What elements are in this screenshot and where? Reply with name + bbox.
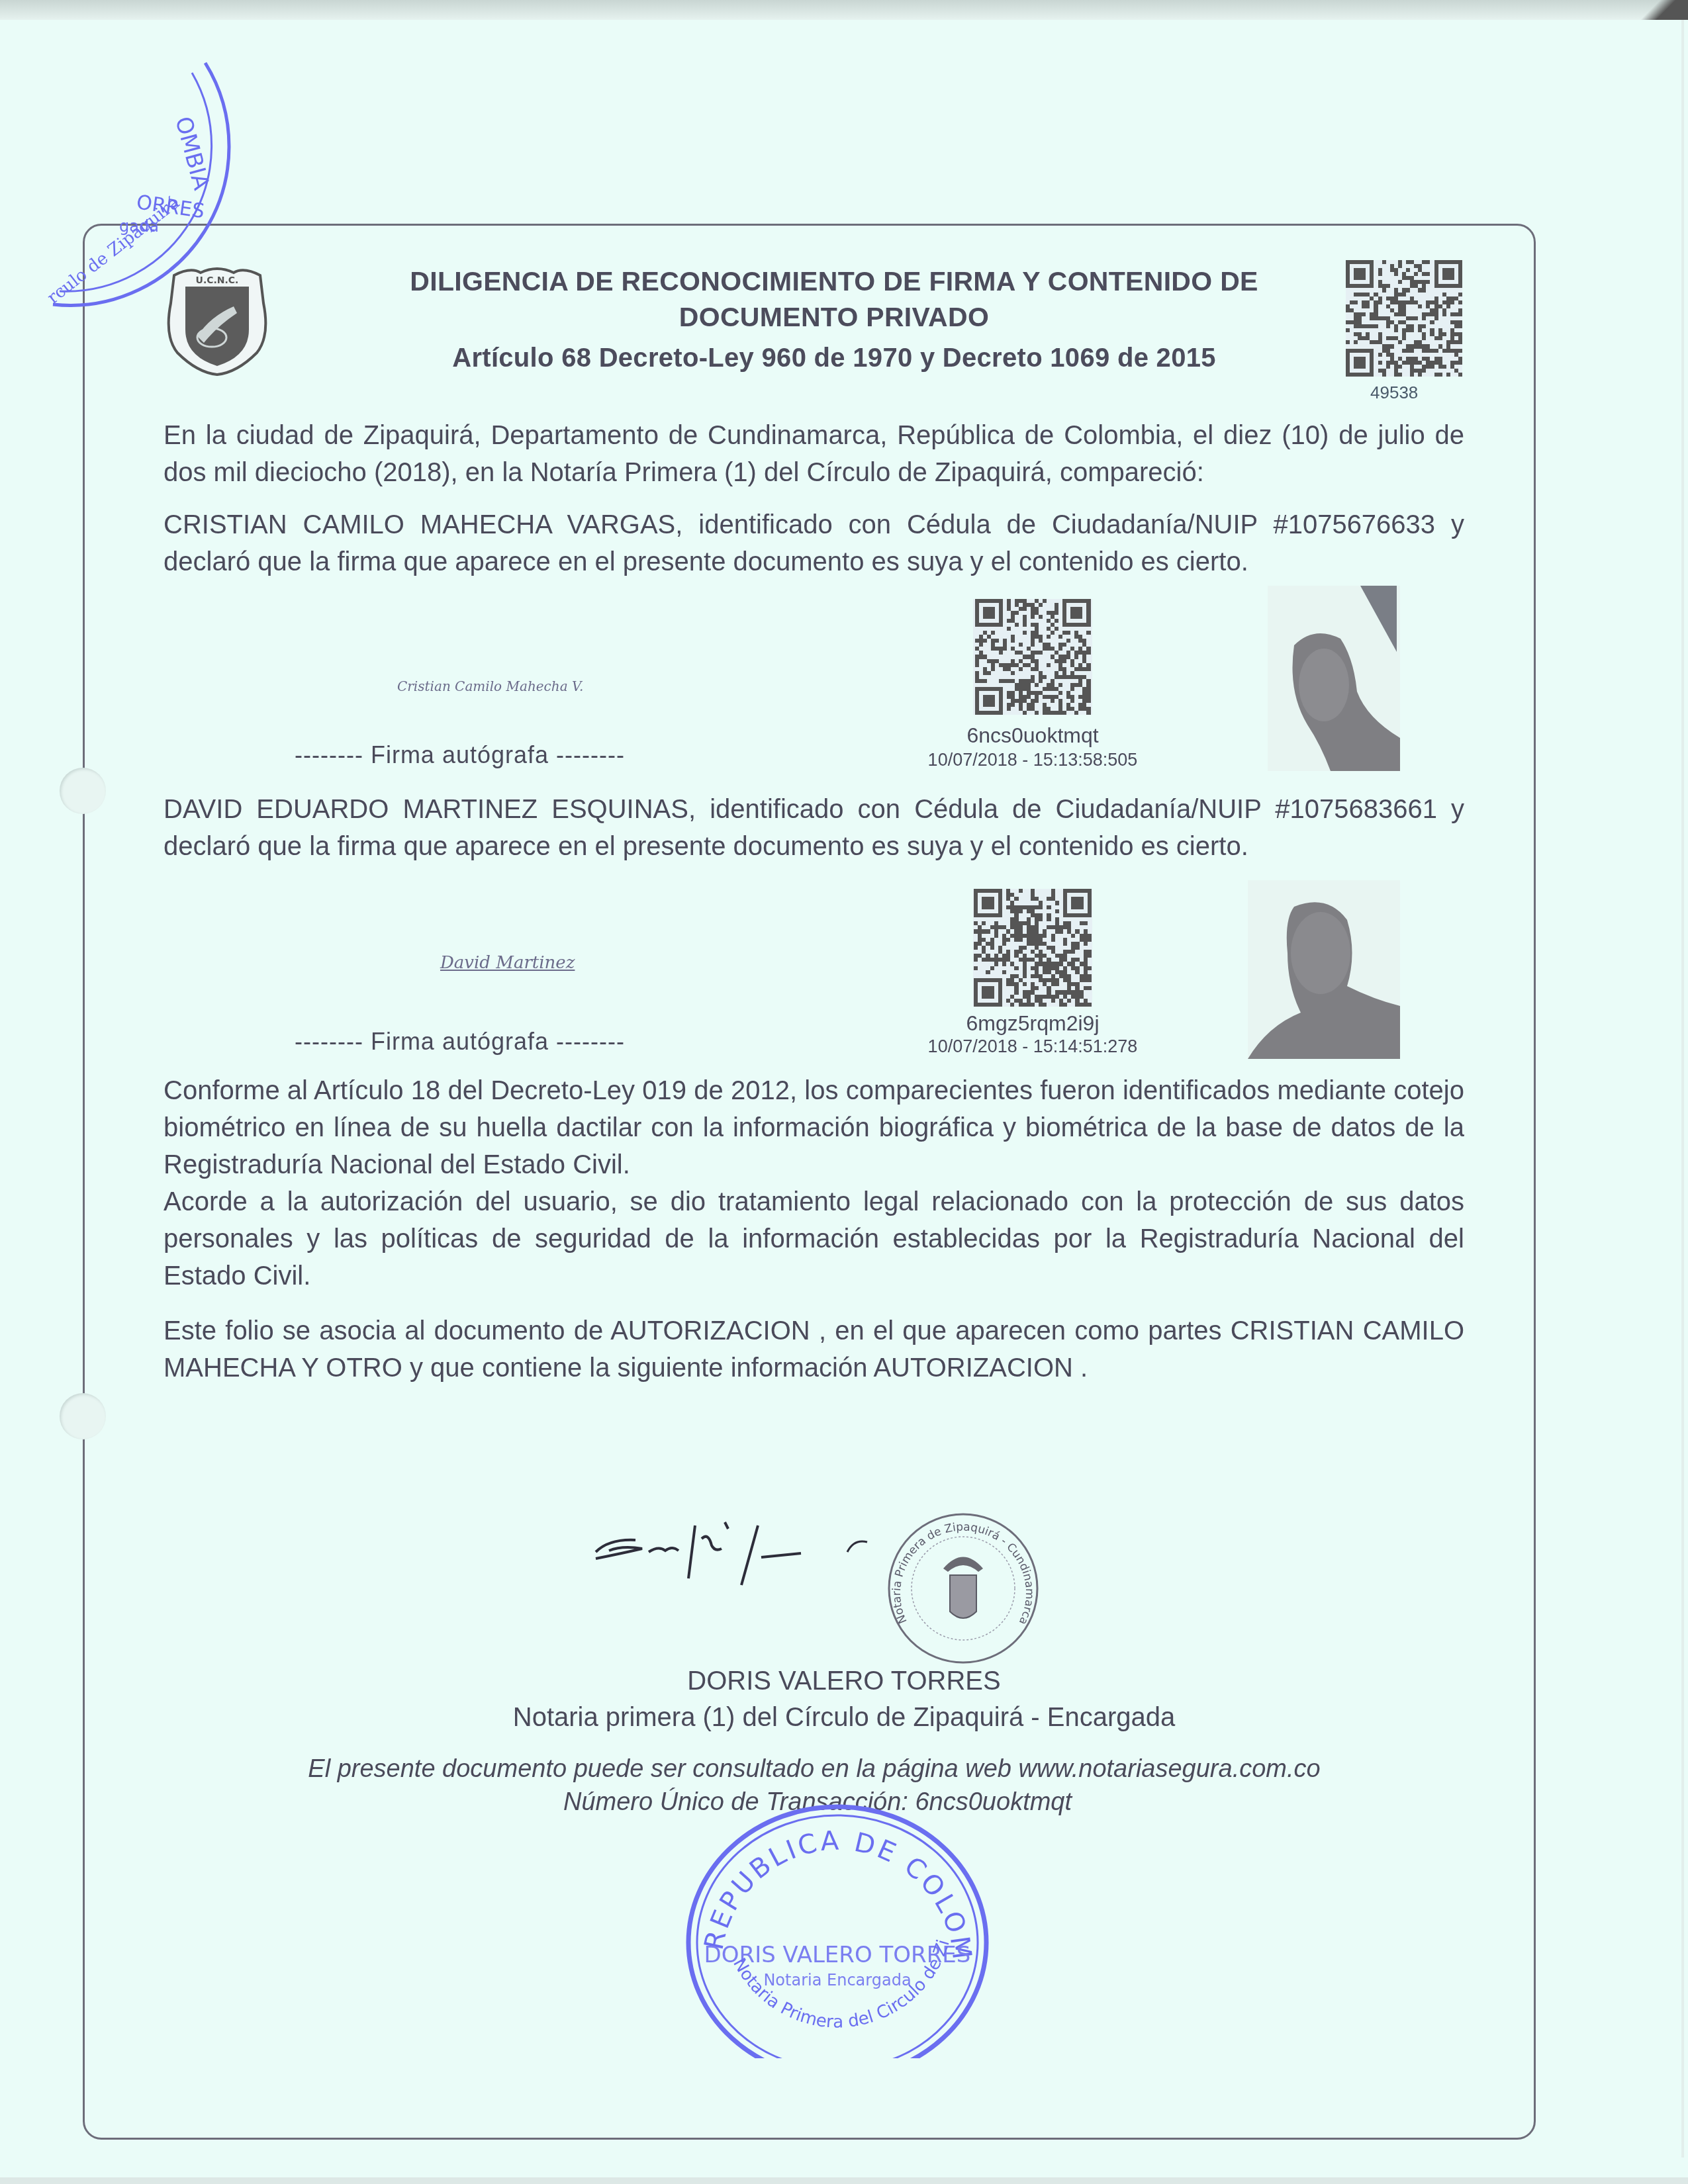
signatory-1-signature: Cristian Camilo Mahecha V. [397,678,583,694]
qr-code-icon [973,889,1092,1007]
notary-union-shield-logo: U.C.N.C. [164,263,270,376]
scan-edge-bottom [0,2177,1688,2184]
qr-code-icon [1346,260,1462,377]
notary-signature [583,1512,874,1592]
signatory-1-timestamp: 10/07/2018 - 15:13:58:505 [900,750,1165,770]
punch-hole [60,768,106,814]
legal-reference: Artículo 68 Decreto-Ley 960 de 1970 y De… [371,340,1297,376]
signatory-2-timestamp: 10/07/2018 - 15:14:51:278 [900,1036,1165,1057]
signatory-1-statement: CRISTIAN CAMILO MAHECHA VARGAS, identifi… [164,506,1464,580]
scan-corner [1628,0,1688,20]
svg-text:Notaria Encargada: Notaria Encargada [763,1971,911,1989]
notary-dry-seal-icon: Notaria Primera de Zipaquirá - Cundinama… [880,1506,1046,1671]
title-line-1: DILIGENCIA DE RECONOCIMIENTO DE FIRMA Y … [371,263,1297,299]
qr-code-icon [973,599,1092,715]
biometric-paragraph: Conforme al Artículo 18 del Decreto-Ley … [164,1072,1464,1295]
signatory-1-firma-label: -------- Firma autógrafa -------- [295,741,625,769]
signatory-2-firma-label: -------- Firma autógrafa -------- [295,1028,625,1056]
intro-paragraph: En la ciudad de Zipaquirá, Departamento … [164,417,1464,491]
notary-role: Notaria primera (1) del Círculo de Zipaq… [0,1703,1688,1733]
svg-text:rculo de Zipaquirá: rculo de Zipaquirá [44,193,183,308]
biometric-text: Conforme al Artículo 18 del Decreto-Ley … [164,1072,1464,1183]
signatory-2-signature: David Martinez [440,953,575,973]
svg-text:REPUBLICA DE COLOMBIA: REPUBLICA DE COLOMBIA [675,1800,978,1964]
signatory-2-statement: DAVID EDUARDO MARTINEZ ESQUINAS, identif… [164,791,1464,865]
notary-ink-stamp-icon: REPUBLICA DE COLOMBIA DORIS VALERO TORRE… [675,1800,1000,2058]
title-line-2: DOCUMENTO PRIVADO [371,299,1297,335]
signatory-1-photo [1268,586,1400,771]
data-protection-text: Acorde a la autorización del usuario, se… [164,1183,1464,1295]
document-title: DILIGENCIA DE RECONOCIMIENTO DE FIRMA Y … [371,263,1297,376]
consult-website-notice: El presente documento puede ser consulta… [0,1755,1658,1784]
svg-text:U.C.N.C.: U.C.N.C. [196,275,239,286]
notary-name: DORIS VALERO TORRES [0,1666,1688,1696]
scan-edge-top [0,0,1688,20]
qr-number: 49538 [1370,383,1418,403]
punch-hole [60,1393,106,1439]
signatory-2-photo [1248,880,1400,1059]
signatory-2-transaction-code: 6mgz5rqm2i9j [914,1011,1152,1036]
scan-edge-right [1681,20,1684,2158]
signatory-1-transaction-code: 6ncs0uoktmqt [914,723,1152,748]
svg-text:OMBIA: OMBIA [169,114,214,193]
folio-paragraph: Este folio se asocia al documento de AUT… [164,1312,1464,1387]
